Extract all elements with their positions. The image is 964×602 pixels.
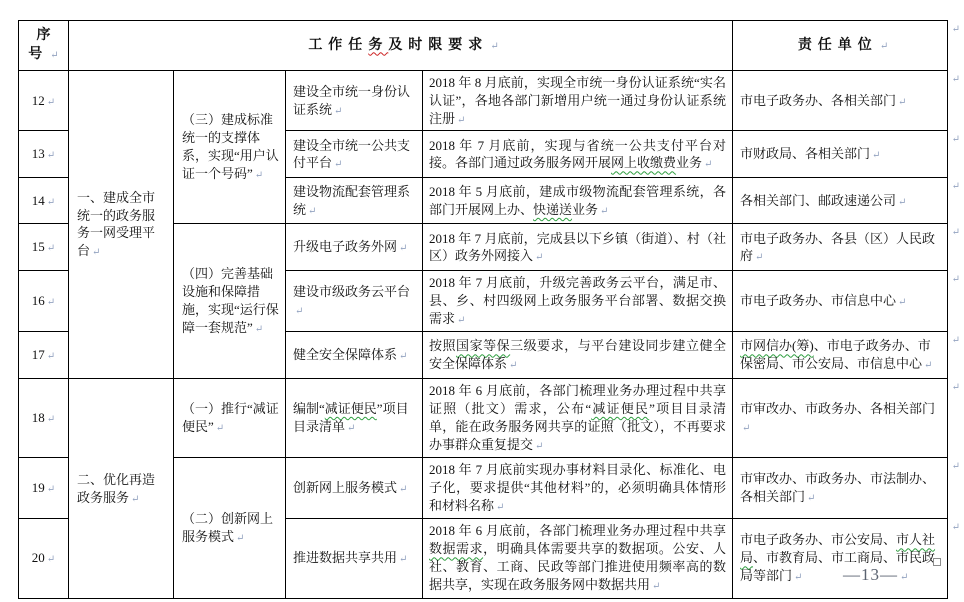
unit-cell: 各相关部门、邮政速递公司 xyxy=(733,178,948,224)
requirement-cell: 按照国家等保三级要求，与平台建设同步建立健全安全保障体系 xyxy=(423,332,733,379)
category-cell: 一、建成全市统一的政务服务一网受理平台 xyxy=(69,70,174,379)
unit-cell: 市审改办、市政务办、各相关部门 xyxy=(733,379,948,458)
serial-cell: 19 xyxy=(19,458,69,519)
task-cell: 升级电子政务外网 xyxy=(286,224,423,271)
unit-cell: 市财政局、各相关部门 xyxy=(733,131,948,178)
task-cell: 创新网上服务模式 xyxy=(286,458,423,519)
task-cell: 推进数据共享共用 xyxy=(286,518,423,598)
header-task-label: 工作任务及时限要求 xyxy=(308,38,498,53)
unit-cell: 市审改办、市政务办、市法制办、各相关部门 xyxy=(733,458,948,519)
document-page: 序号 工作任务及时限要求 责任单位 12 一、建成全市统一的政务服务一网受理平台… xyxy=(0,0,964,602)
table-row: 18 二、优化再造政务服务 （一）推行“减证便民” 编制“减证便民”项目目录清单… xyxy=(19,379,948,458)
work-task-table: 序号 工作任务及时限要求 责任单位 12 一、建成全市统一的政务服务一网受理平台… xyxy=(18,20,948,599)
unit-cell: 市电子政务办、市公安局、市人社局、市教育局、市工商局、市民政局等部门 xyxy=(733,518,948,598)
serial-cell: 17 xyxy=(19,332,69,379)
requirement-cell: 2018 年 5 月底前，建成市级物流配套管理系统，各部门开展网上办、快递送业务 xyxy=(423,178,733,224)
header-task: 工作任务及时限要求 xyxy=(69,21,733,71)
task-cell: 编制“减证便民”项目目录清单 xyxy=(286,379,423,458)
task-cell: 建设物流配套管理系统 xyxy=(286,178,423,224)
serial-cell: 13 xyxy=(19,131,69,178)
requirement-cell: 2018 年 8 月底前，实现全市统一身份认证系统“实名认证”，各地各部门新增用… xyxy=(423,70,733,131)
requirement-cell: 2018 年 7 月底前，实现与省统一公共支付平台对接。各部门通过政务服务网开展… xyxy=(423,131,733,178)
requirement-cell: 2018 年 6 月底前，各部门梳理业务办理过程中共享证照（批文）需求，公布“减… xyxy=(423,379,733,458)
requirement-cell: 2018 年 7 月底前，完成县以下乡镇（街道）、村（社区）政务外网接入 xyxy=(423,224,733,271)
task-cell: 建设全市统一身份认证系统 xyxy=(286,70,423,131)
task-cell: 建设全市统一公共支付平台 xyxy=(286,131,423,178)
unit-cell: 市电子政务办、各相关部门 xyxy=(733,70,948,131)
unit-cell: 市电子政务办、市信息中心 xyxy=(733,271,948,332)
header-unit: 责任单位 xyxy=(733,21,948,71)
serial-cell: 16 xyxy=(19,271,69,332)
requirement-cell: 2018 年 7 月底前实现办事材料目录化、标准化、电子化，要求提供“其他材料”… xyxy=(423,458,733,519)
serial-cell: 20 xyxy=(19,518,69,598)
group-cell: （二）创新网上服务模式 xyxy=(174,458,286,599)
unit-cell: 市网信办(筹)、市电子政务办、市保密局、市公安局、市信息中心 xyxy=(733,332,948,379)
task-cell: 建设市级政务云平台 xyxy=(286,271,423,332)
unit-cell: 市电子政务办、各县（区）人民政府 xyxy=(733,224,948,271)
category-cell: 二、优化再造政务服务 xyxy=(69,379,174,599)
page-number: —13— xyxy=(843,565,909,585)
serial-cell: 12 xyxy=(19,70,69,131)
header-serial-label: 序号 xyxy=(28,28,58,62)
document-end-marker xyxy=(933,558,941,566)
requirement-cell: 2018 年 6 月底前，各部门梳理业务办理过程中共享数据需求，明确具体需要共享… xyxy=(423,518,733,598)
table-row: 12 一、建成全市统一的政务服务一网受理平台 （三）建成标准统一的支撑体系，实现… xyxy=(19,70,948,131)
task-cell: 健全安全保障体系 xyxy=(286,332,423,379)
header-serial: 序号 xyxy=(19,21,69,71)
header-unit-label: 责任单位 xyxy=(798,38,888,53)
group-cell: （四）完善基础设施和保障措施，实现“运行保障一套规范” xyxy=(174,224,286,379)
table-header-row: 序号 工作任务及时限要求 责任单位 xyxy=(19,21,948,71)
serial-cell: 15 xyxy=(19,224,69,271)
group-cell: （三）建成标准统一的支撑体系，实现“用户认证一个号码” xyxy=(174,70,286,224)
group-cell: （一）推行“减证便民” xyxy=(174,379,286,458)
serial-cell: 18 xyxy=(19,379,69,458)
serial-cell: 14 xyxy=(19,178,69,224)
requirement-cell: 2018 年 7 月底前，升级完善政务云平台，满足市、县、乡、村四级网上政务服务… xyxy=(423,271,733,332)
